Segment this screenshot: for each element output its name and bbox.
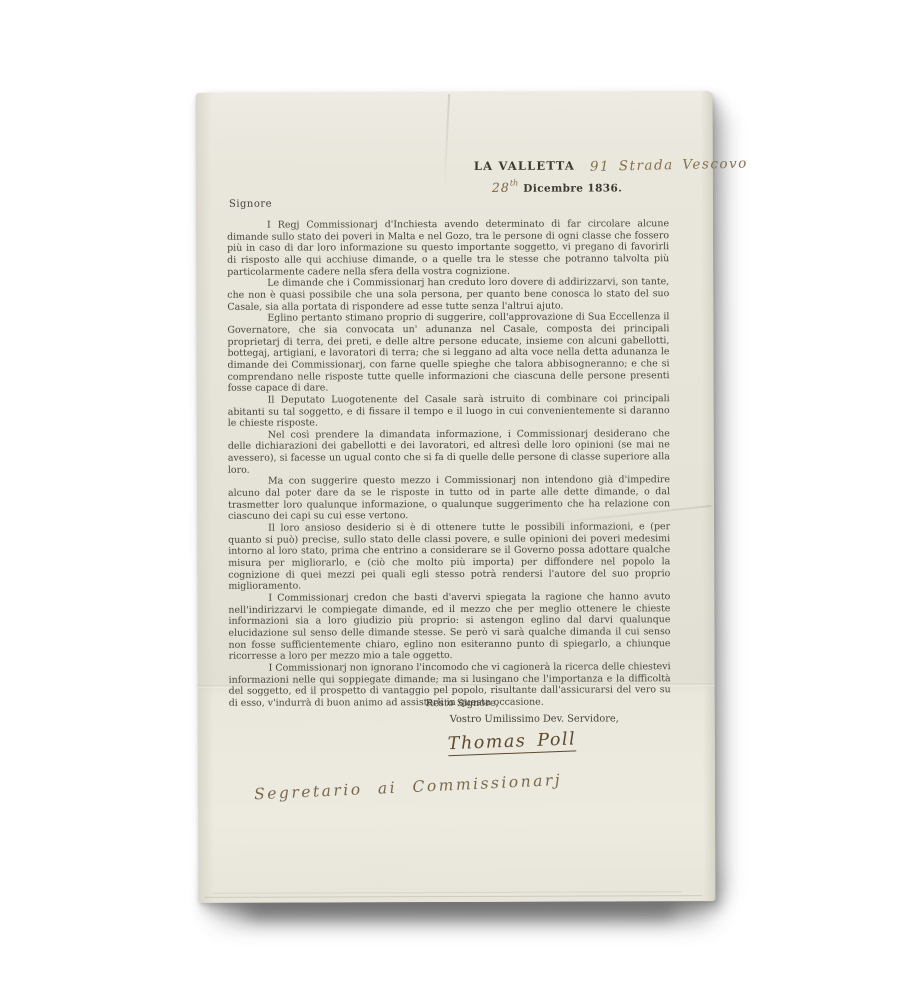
date-printed: Dicembre 1836.	[523, 182, 622, 194]
salutation: Signore	[229, 199, 272, 210]
fold-crease-vertical	[443, 94, 450, 190]
body-paragraph: I Commissionarj credon che basti d'averv…	[228, 591, 670, 662]
signature-handwritten: Thomas Poll	[447, 729, 576, 756]
letter-paper: LA VALLETTA 91 Strada Vescovo 28th Dicem…	[196, 91, 716, 903]
closing-servant-line: Vostro Umilissimo Dev. Servidore,	[450, 713, 619, 725]
body-paragraph: Nel così prendere la dimandata informazi…	[228, 428, 670, 476]
letterhead-date: 28th Dicembre 1836.	[492, 176, 622, 195]
date-day-handwritten: 28	[492, 180, 510, 195]
closing-resto-signore: Resto Signore,	[426, 698, 499, 709]
letter-body: I Regj Commissionarj d'Inchiesta avendo …	[227, 218, 671, 709]
letterhead: LA VALLETTA 91 Strada Vescovo	[474, 154, 748, 174]
secretary-title-handwritten: Segretario ai Commissionarj	[254, 771, 563, 803]
body-paragraph: Il Deputato Luogotenente del Casale sarà…	[228, 393, 670, 430]
body-paragraph: I Regj Commissionarj d'Inchiesta avendo …	[227, 218, 669, 278]
body-paragraph: Le dimande che i Commissionarj han credu…	[227, 277, 669, 314]
letter-photograph: LA VALLETTA 91 Strada Vescovo 28th Dicem…	[0, 0, 904, 1000]
letterhead-place: LA VALLETTA	[474, 159, 575, 173]
body-paragraph: Eglino pertanto stimano proprio di sugge…	[227, 312, 669, 395]
date-day-suffix: th	[510, 178, 518, 187]
letterhead-address-handwritten: 91 Strada Vescovo	[590, 156, 748, 175]
folded-sheet-edge	[204, 895, 702, 898]
body-paragraph: Ma con suggerire questo mezzo i Commissi…	[228, 475, 670, 523]
body-paragraph: Il loro ansioso desiderio si è di ottene…	[228, 521, 670, 592]
folded-sheet-edge	[212, 891, 682, 894]
